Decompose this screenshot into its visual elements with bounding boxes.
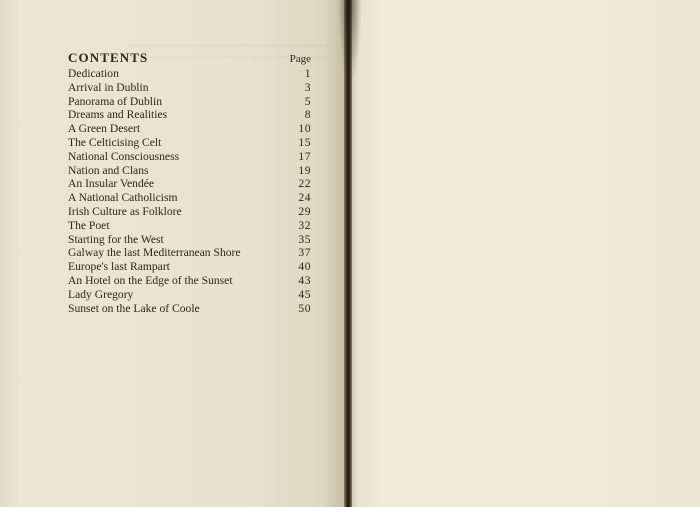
toc-entry: Starting for the West35 [68, 233, 311, 247]
toc-entry-title: An Hotel on the Edge of the Sunset [68, 274, 233, 288]
toc-entry-page: 37 [298, 246, 311, 260]
toc-entry: An Insular Vendée22 [68, 177, 311, 191]
toc-entry: An Hotel on the Edge of the Sunset43 [68, 274, 311, 288]
toc-entry-page: 10 [298, 122, 311, 136]
toc-entry-title: Galway the last Mediterranean Shore [68, 246, 241, 260]
contents-heading: CONTENTS [68, 50, 148, 66]
page-column-label: Page [290, 53, 311, 65]
toc-header: CONTENTS Page [68, 50, 311, 66]
toc-entry-title: Panorama of Dublin [68, 95, 162, 109]
toc-entry-title: The Celticising Celt [68, 136, 161, 150]
toc-entry: Europe's last Rampart40 [68, 260, 311, 274]
toc-entry-page: 22 [298, 177, 311, 191]
toc-entry: Dreams and Realities8 [68, 108, 311, 122]
toc-entry-page: 3 [305, 81, 311, 95]
toc-entry-page: 24 [298, 191, 311, 205]
toc-entry: Panorama of Dublin5 [68, 95, 311, 109]
toc-entry-title: National Consciousness [68, 150, 179, 164]
toc-entry: A Green Desert10 [68, 122, 311, 136]
toc-entry-title: Sunset on the Lake of Coole [68, 302, 200, 316]
toc-entry-page: 17 [298, 150, 311, 164]
toc-entry-page: 19 [298, 164, 311, 178]
toc-entry: Nation and Clans19 [68, 164, 311, 178]
toc-entry-page: 8 [305, 108, 311, 122]
left-page: CONTENTS Page Dedication1Arrival in Dubl… [0, 0, 347, 507]
toc-entry-page: 43 [298, 274, 311, 288]
toc-entry-page: 32 [298, 219, 311, 233]
toc-entry: Lady Gregory45 [68, 288, 311, 302]
right-page: PILGRIMAGE IN THE WEST DEDICATION Irelan… [351, 0, 700, 507]
toc-entry: The Poet32 [68, 219, 311, 233]
toc-entry-title: Nation and Clans [68, 164, 149, 178]
toc-entry: Arrival in Dublin3 [68, 81, 311, 95]
toc-entry-title: The Poet [68, 219, 110, 233]
open-book-spread: CONTENTS Page Dedication1Arrival in Dubl… [0, 0, 700, 507]
toc-entry-title: Dedication [68, 67, 119, 81]
toc-entry-page: 5 [305, 95, 311, 109]
toc-entry-page: 50 [298, 302, 311, 316]
toc-entry: Sunset on the Lake of Coole50 [68, 302, 311, 316]
toc-entry-page: 35 [298, 233, 311, 247]
toc-entry: Dedication1 [68, 67, 311, 81]
toc-entry-title: Starting for the West [68, 233, 164, 247]
toc-entry-title: Irish Culture as Folklore [68, 205, 182, 219]
toc-list: Dedication1Arrival in Dublin3Panorama of… [68, 67, 311, 315]
toc-entry: A National Catholicism24 [68, 191, 311, 205]
toc-entry-title: A Green Desert [68, 122, 140, 136]
toc-entry-page: 45 [298, 288, 311, 302]
toc-entry-title: Europe's last Rampart [68, 260, 170, 274]
book-gutter [344, 0, 352, 507]
toc-entry-page: 29 [298, 205, 311, 219]
toc-entry-title: An Insular Vendée [68, 177, 154, 191]
toc-entry-title: A National Catholicism [68, 191, 177, 205]
toc-entry-title: Dreams and Realities [68, 108, 167, 122]
toc-entry-page: 1 [305, 67, 311, 81]
toc-entry-title: Lady Gregory [68, 288, 133, 302]
toc-entry-page: 40 [298, 260, 311, 274]
table-of-contents: CONTENTS Page Dedication1Arrival in Dubl… [68, 50, 311, 315]
toc-entry: Galway the last Mediterranean Shore37 [68, 246, 311, 260]
toc-entry-page: 15 [298, 136, 311, 150]
toc-entry: The Celticising Celt15 [68, 136, 311, 150]
toc-entry: National Consciousness17 [68, 150, 311, 164]
toc-entry-title: Arrival in Dublin [68, 81, 149, 95]
toc-entry: Irish Culture as Folklore29 [68, 205, 311, 219]
